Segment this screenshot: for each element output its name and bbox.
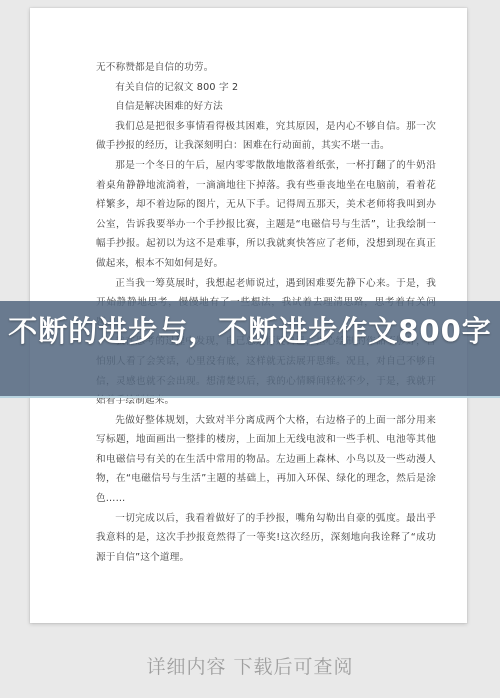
paragraph: 先做好整体规划，大致对半分离成两个大格，右边格子的上面一部分用来写标题，地面画出… bbox=[96, 411, 436, 509]
title-banner: 不断的进步与，不断进步作文800字 bbox=[0, 301, 500, 398]
download-hint[interactable]: 详细内容 下载后可查阅 bbox=[0, 652, 500, 679]
essay-subtitle: 自信是解决困难的好方法 bbox=[96, 97, 436, 117]
paragraph: 那是一个冬日的午后，屋内零零散散地散落着纸张，一杯打翻了的牛奶沿着桌角静静地流淌… bbox=[96, 156, 436, 274]
banner-title: 不断的进步与，不断进步作文800字 bbox=[0, 313, 500, 349]
paragraph: 无不称赞都是自信的功劳。 bbox=[96, 58, 436, 78]
paragraph: 一切完成以后，我看着做好了的手抄报，嘴角勾勒出自豪的弧度。最出乎我意料的是，这次… bbox=[96, 509, 436, 568]
essay-heading: 有关自信的记叙文 800 字 2 bbox=[96, 78, 436, 98]
paragraph: 我们总是把很多事情看得极其困难，究其原因，是内心不够自信。那一次做手抄报的经历，… bbox=[96, 117, 436, 156]
